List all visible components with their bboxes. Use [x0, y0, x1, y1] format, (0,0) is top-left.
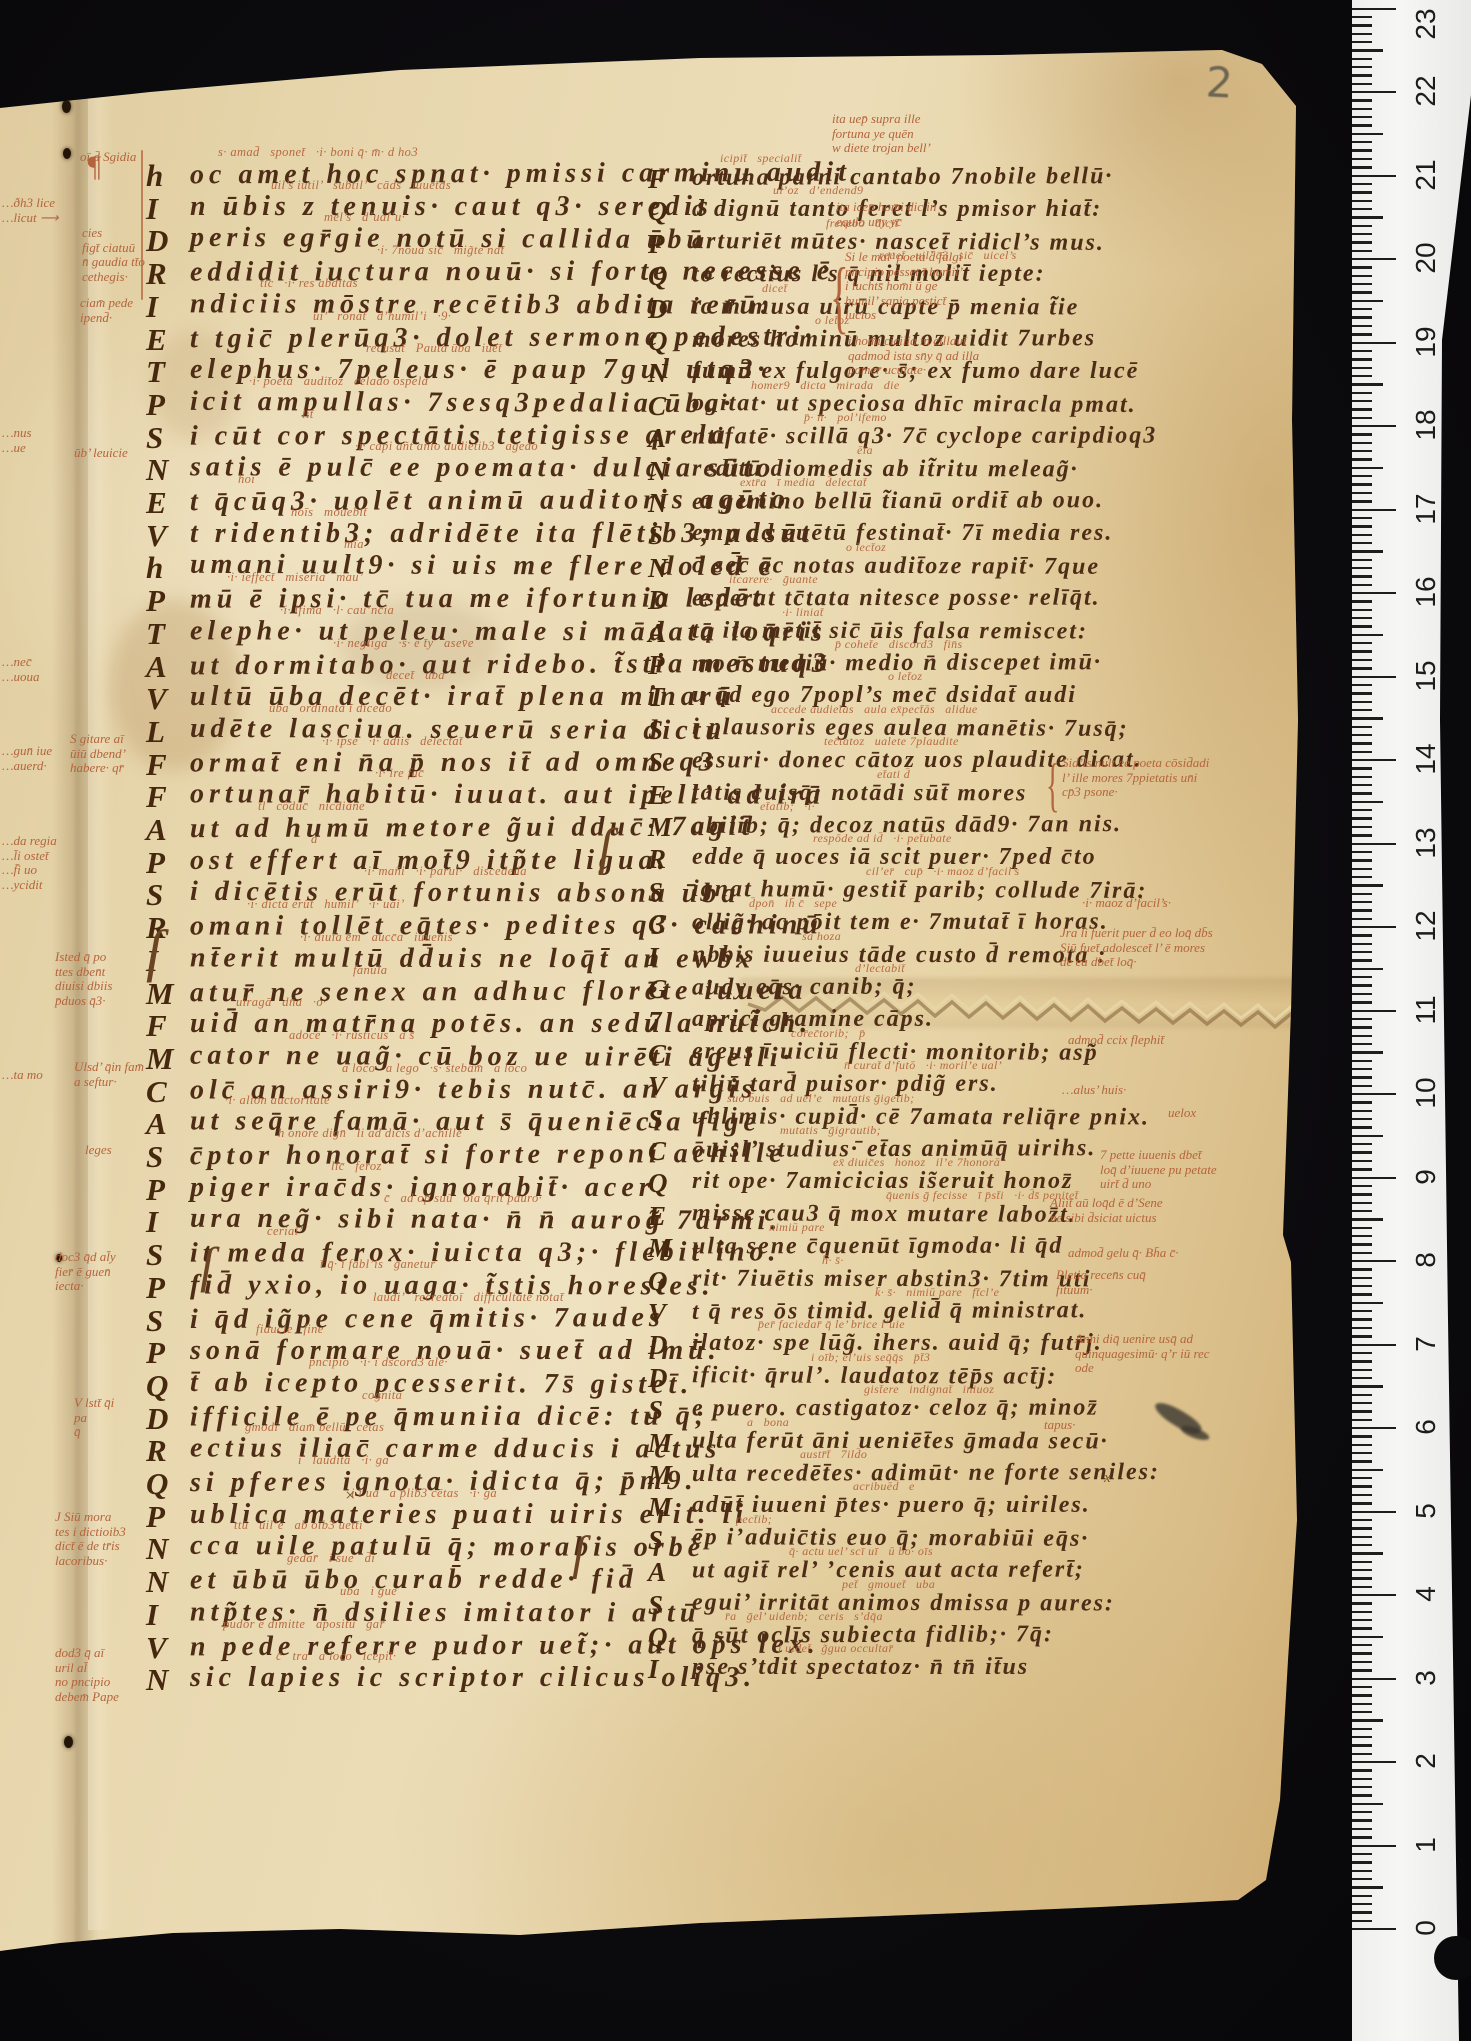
verse-initial: A — [146, 649, 167, 685]
verse-initial: N — [146, 1531, 168, 1567]
verse-initial: Q — [648, 1622, 668, 1653]
ruler-tick — [1352, 525, 1372, 527]
interlinear-gloss: c̄ tra a loco icepit̄· — [276, 1649, 396, 1664]
ruler-tick — [1352, 1694, 1372, 1696]
ruler-tick — [1352, 1519, 1372, 1521]
ruler-tick — [1352, 1460, 1372, 1462]
margin-note: ode — [1075, 1361, 1094, 1376]
ruler-tick — [1352, 625, 1372, 627]
ruler-number: 5 — [1410, 1503, 1442, 1519]
ruler-tick — [1352, 1160, 1372, 1162]
ruler-tick — [1352, 149, 1372, 151]
margin-note: ūiū dbend’ — [70, 747, 126, 762]
page-number-pencil: 2 — [1205, 57, 1234, 107]
ruler-tick — [1352, 592, 1396, 594]
ruler-tick — [1352, 1126, 1372, 1128]
ruler-tick — [1352, 1552, 1383, 1554]
ruler-tick — [1352, 1636, 1383, 1638]
verse-initial: T — [146, 616, 165, 652]
verse-line: cca uile patulū q̄; morabis orbē — [190, 1530, 705, 1564]
margin-note: tes i dictioib3 — [55, 1525, 126, 1540]
interlinear-gloss: homer9 dicta mirada die — [751, 378, 900, 393]
interlinear-gloss: lit̄ — [302, 407, 314, 422]
ruler-tick — [1352, 216, 1383, 218]
ruler-tick — [1352, 483, 1372, 485]
ruler-tick — [1352, 1377, 1372, 1379]
verse-initial: A — [648, 1557, 666, 1588]
ruler-tick — [1352, 1318, 1372, 1320]
ruler-tick — [1352, 1561, 1372, 1563]
verse-line: ollig̃· ac pōit tem e· 7mutat̄ ī horas. — [692, 909, 1109, 937]
verse-initial: Q — [648, 261, 668, 292]
verse-initial: S — [648, 1525, 663, 1556]
verse-line: et gemino bellū t̃ianū ordit̄ ab ouo. — [692, 487, 1104, 516]
ruler-tick — [1352, 1068, 1372, 1070]
x-mark: x — [1104, 1470, 1111, 1487]
ruler-tick — [1352, 1043, 1372, 1045]
verse-initial: I — [648, 942, 659, 973]
margin-note: uelox — [1168, 1106, 1196, 1121]
paraph-mark: ſ — [598, 822, 612, 874]
ruler-tick — [1352, 442, 1372, 444]
interlinear-gloss: s· amad̄ sponet̄ ·i· boni q̄· m̄· d ho3 — [218, 145, 418, 160]
ruler-tick — [1352, 1569, 1372, 1571]
ruler-tick — [1352, 1410, 1372, 1412]
ruler-tick — [1352, 1310, 1372, 1312]
ruler-tick — [1352, 308, 1372, 310]
margin-note: habere· qr̄ — [70, 761, 124, 776]
verse-initial: T — [648, 682, 665, 713]
interlinear-gloss: d̄pon̄ ih̄ c̄ sepe — [749, 896, 837, 911]
ruler-tick — [1352, 1010, 1396, 1012]
ruler-tick — [1352, 1686, 1372, 1688]
verse-initial: C — [146, 1074, 167, 1110]
verse-initial: E — [648, 780, 666, 811]
interlinear-gloss: lic̄ feroz — [331, 1159, 382, 1174]
ruler-tick — [1352, 367, 1372, 369]
verse-initial: Q — [648, 196, 668, 227]
margin-note: p̄duos q̄3· — [55, 994, 106, 1009]
ruler-tick — [1352, 1135, 1383, 1137]
ruler-tick — [1352, 868, 1372, 870]
verse-line: ogitat· ut speciosa dhīc miracla pmat. — [692, 390, 1137, 419]
margin-note: ipend̄· — [80, 311, 112, 326]
verse-initial: S — [146, 1303, 163, 1339]
interlinear-gloss: i oīb; el’uis seq̄q̄s p̄t̄3 — [811, 1350, 930, 1365]
verse-initial: h — [146, 158, 163, 194]
verse-initial: R — [146, 256, 167, 292]
interlinear-gloss: uba ordinata ī dicedo — [269, 701, 392, 716]
interlinear-gloss: t̄ q̄· ī fabl’is ganetur — [320, 1257, 436, 1272]
ruler-tick — [1352, 1644, 1372, 1646]
interlinear-gloss: it̃carere· ḡuante — [729, 572, 818, 587]
ruler-hanging-hole — [1434, 1936, 1471, 1980]
verse-initial: h — [146, 550, 163, 586]
verse-initial: F — [648, 164, 666, 195]
interlinear-gloss: cil’er̄ cup̄ ·i· maoz d’facil’s — [866, 864, 1020, 879]
ruler-tick — [1352, 33, 1372, 35]
ruler-tick — [1352, 1118, 1372, 1120]
verse-line: sic lapies ic scriptor cilicus oliq3. — [190, 1662, 756, 1694]
verse-initial: 7 — [648, 1006, 662, 1037]
ruler-tick — [1352, 433, 1372, 435]
interlinear-gloss: a — [311, 832, 318, 847]
verse-initial: N — [648, 358, 668, 389]
interlinear-gloss: d’lectabit̄ — [855, 961, 905, 976]
ruler-tick — [1352, 233, 1372, 235]
margin-note: dod3 q̄ aī — [55, 1646, 104, 1661]
interlinear-gloss: ·i· diuia ēm aucc̄a iuuenis — [300, 930, 453, 945]
ruler-tick — [1352, 133, 1383, 135]
ruler-tick — [1352, 1594, 1396, 1596]
interlinear-gloss: tīc ·i· res abditas — [260, 276, 358, 291]
ruler-tick — [1352, 1728, 1372, 1730]
ruler-tick — [1352, 993, 1372, 995]
ruler-tick — [1352, 492, 1372, 494]
verse-line: ndiciis mōstre recētib3 abdita rerū: — [190, 288, 775, 321]
ruler-tick — [1352, 58, 1372, 60]
ruler-tick — [1352, 759, 1396, 761]
ruler-tick — [1352, 726, 1372, 728]
interlinear-gloss: r̄a ḡel’ uidenb; ceris s’dq̄a — [725, 1609, 883, 1624]
interlinear-gloss: n̄ curat̄ d’futō ·i· moril’e ual’ — [844, 1058, 1002, 1073]
verse-initial: S — [648, 1590, 663, 1621]
ruler-tick — [1352, 1652, 1372, 1654]
ruler-tick — [1352, 1435, 1372, 1437]
verse-initial: P — [146, 1499, 165, 1535]
ruler-tick — [1352, 1828, 1372, 1830]
verse-initial: E — [648, 1201, 666, 1232]
ruler-tick — [1352, 1886, 1383, 1888]
verse-initial: L — [146, 714, 165, 750]
margin-note: Ulsd’ q̄in fam̄ — [74, 1060, 144, 1075]
ruler-tick — [1352, 1085, 1372, 1087]
ruler-tick — [1352, 1369, 1372, 1371]
ruler-number: 2 — [1410, 1753, 1442, 1769]
margin-note: cp̄3 psone· — [1062, 785, 1118, 800]
ruler-tick — [1352, 567, 1372, 569]
ruler-tick — [1352, 650, 1372, 652]
ruler-tick — [1352, 667, 1372, 669]
verse-line: satis ē pulc̄ ee poemata· dulcia sūto — [190, 452, 775, 485]
ruler-tick — [1352, 74, 1372, 76]
margin-note: cethegis· — [82, 270, 128, 285]
ruler-tick — [1352, 475, 1372, 477]
ruler-tick — [1352, 241, 1372, 243]
ruler-tick — [1352, 408, 1372, 410]
ruler-tick — [1352, 1803, 1383, 1805]
ruler-tick — [1352, 166, 1372, 168]
interlinear-gloss: mel’s d’ual’u· — [324, 210, 405, 225]
verse-initial: R — [648, 844, 666, 875]
margin-note: 7 pette iuuenis dbet̄ — [1100, 1148, 1201, 1163]
margin-note: admod̄ gelu q̄· Bh̄a c̄· — [1068, 1246, 1178, 1261]
interlinear-gloss: ·i· capi añt añio audietib3 agedo — [355, 439, 538, 454]
verse-line: t̄ ab icepto pcesserit. 7s̄ gistet̄. — [190, 1367, 693, 1401]
ruler-tick — [1352, 425, 1396, 427]
verse-initial: P — [146, 1270, 165, 1306]
ruler-tick — [1352, 692, 1372, 694]
ruler-number: 3 — [1410, 1670, 1442, 1686]
margin-note: i iuchts̄ hom̄i ū ge — [845, 279, 937, 294]
verse-initial: I — [146, 289, 158, 325]
ruler-tick — [1352, 24, 1372, 26]
interlinear-gloss: ·i· mañi ·i· parui· discededa — [364, 864, 527, 879]
margin-note: admod̄ ccix flephit̄ — [1068, 1033, 1164, 1048]
verse-initial: P — [648, 229, 665, 260]
ruler-tick — [1352, 116, 1372, 118]
interlinear-gloss: gist̄ere indignat̄ iniuoz — [864, 1382, 994, 1397]
ruler-tick — [1352, 717, 1383, 719]
ruler-tick — [1352, 49, 1383, 51]
ruler-tick — [1352, 534, 1372, 536]
ruler-tick — [1352, 1185, 1372, 1187]
ruler-tick — [1352, 1385, 1383, 1387]
interlinear-gloss: o let̄oz — [888, 669, 922, 684]
interlinear-gloss: o lect̄oz — [846, 540, 886, 555]
interlinear-gloss: respōde ad id̄ ·i· pet̄ubate — [813, 831, 952, 846]
verse-initial: C — [648, 391, 666, 422]
verse-initial: P — [146, 1172, 165, 1208]
margin-note: ita uep̄ supra ille — [832, 112, 920, 127]
margin-note: …uoua — [2, 670, 40, 685]
margin-note: figt̄ ciatuū — [82, 241, 135, 256]
interlinear-gloss: et̄atib; ·i· — [760, 799, 815, 814]
verse-line: ormat̄ eni n̄a p̄ nos it̄ ad omneq3 — [190, 746, 718, 779]
ruler-tick — [1352, 258, 1396, 260]
ruler-tick — [1352, 1168, 1372, 1170]
interlinear-gloss: p̄ cohet̄e discord3 fin̄s — [835, 637, 963, 652]
margin-note: ttes dben̄t — [55, 965, 105, 980]
ruler-tick — [1352, 91, 1396, 93]
interlinear-gloss: k̄· s̄· nimiū pare ft̄cl’e — [875, 1285, 999, 1300]
interlinear-gloss: t̄l cōduc̄ nicdiane — [258, 799, 365, 814]
verse-initial: M — [648, 1492, 672, 1523]
verse-initial: N — [648, 488, 668, 519]
ruler-tick — [1352, 1243, 1372, 1245]
interlinear-gloss: hoī — [238, 472, 255, 487]
verse-initial: S — [648, 1104, 663, 1135]
verse-line: ut seq̄re famā· aut s̄ q̄ueniēcia fige — [190, 1106, 761, 1139]
interlinear-gloss: mutatis ḡigrautib; — [780, 1123, 881, 1138]
verse-line: ortuna parni cantabo 7nobile bellū· — [692, 163, 1114, 192]
interlinear-gloss: ·i· ire fac̄ — [375, 766, 424, 781]
verse-initial: M — [648, 1428, 672, 1459]
verse-line: ntifatē· scillā q3· 7c̄ cyclope caripdio… — [692, 423, 1157, 451]
interlinear-gloss: ·i· liniat̄ — [782, 605, 824, 620]
margin-note: fortuna ye quēn — [832, 127, 914, 142]
ruler-tick — [1352, 1778, 1372, 1780]
verse-initial: D — [146, 223, 168, 259]
verse-initial: S — [146, 420, 163, 456]
ruler-tick — [1352, 676, 1396, 678]
ruler-tick — [1352, 792, 1372, 794]
ruler-tick — [1352, 826, 1372, 828]
verse-initial: P — [146, 845, 165, 881]
interlinear-gloss: ·i· lfima ·l· cau’ncia — [280, 603, 394, 618]
margin-note: …auerd· — [2, 759, 47, 774]
ruler-number: 22 — [1410, 75, 1442, 106]
interlinear-gloss: i ī ua a p̄lib3 cētas ·i· ga — [351, 1486, 497, 1501]
margin-note: diuisi dbiis — [55, 979, 112, 994]
margin-note: cies — [82, 226, 102, 241]
verse-initial: I — [146, 1204, 158, 1240]
ruler-tick — [1352, 1903, 1372, 1905]
interlinear-gloss: c̄ ad op̄ suū oīa q̄rit̄ pauro· — [384, 1191, 542, 1206]
interlinear-gloss: gmodi diam̄ bellū cetas — [245, 1420, 384, 1435]
interlinear-gloss: tec̄tatoz ualete 7plaudite — [824, 734, 959, 749]
ruler-tick — [1352, 1494, 1372, 1496]
ruler-tick — [1352, 191, 1372, 193]
margin-note: …alus’ huis· — [1062, 1083, 1126, 1098]
ruler-tick — [1352, 1093, 1396, 1095]
margin-note: …ue — [2, 441, 26, 456]
margin-note: iecta· — [55, 1279, 84, 1294]
ruler-tick — [1352, 918, 1372, 920]
ruler-tick — [1352, 1836, 1372, 1838]
verse-line: misse cau3 q̄ mox mutare laboz̄t. — [692, 1200, 1077, 1229]
ruler-tick — [1352, 609, 1372, 611]
interlinear-gloss: ul’oz d’endend9 — [773, 183, 863, 198]
verse-initial: A — [146, 812, 167, 848]
measurement-ruler: 01234567891011121314151617181920212223 — [1352, 0, 1471, 2041]
ruler-tick — [1352, 634, 1383, 636]
ruler-tick — [1352, 1143, 1372, 1145]
interlinear-gloss: pncipio ·i· ī dscord3 ale· — [309, 1355, 448, 1370]
ruler-tick — [1352, 1577, 1372, 1579]
margin-note: pa — [74, 1411, 87, 1426]
ruler-number: 4 — [1410, 1586, 1442, 1602]
verse-initial: G — [648, 974, 668, 1005]
ruler-tick — [1352, 183, 1372, 185]
ruler-number: 0 — [1410, 1920, 1442, 1936]
verse-initial: E — [146, 485, 167, 521]
margin-note: ·i· maoz d’facil’s· — [1082, 896, 1171, 911]
margin-note: uril al̄ — [55, 1661, 87, 1676]
verse-initial: Q — [146, 1368, 168, 1404]
verse-initial: P — [146, 1335, 165, 1371]
ruler-number: 11 — [1410, 995, 1442, 1024]
ruler-number: 8 — [1410, 1252, 1442, 1268]
ruler-tick — [1352, 1870, 1372, 1872]
margin-note: humil’ sapia pestict̄ — [845, 294, 946, 309]
margin-note: …ycidit — [2, 878, 42, 893]
margin-note: dict̄ ē de tr̄is — [55, 1539, 120, 1554]
ruler-tick — [1352, 99, 1372, 101]
ruler-tick — [1352, 884, 1383, 886]
ruler-tick — [1352, 1177, 1396, 1179]
margin-note: debem̄ Pape — [55, 1690, 119, 1705]
interlinear-gloss: fanula — [353, 963, 387, 978]
ruler-tick — [1352, 600, 1372, 602]
ruler-number: 17 — [1410, 493, 1442, 524]
margin-note: lacoribus· — [55, 1554, 107, 1569]
verse-initial: M — [648, 1233, 672, 1264]
interlinear-gloss: p̄er̄ faciedar̄ q̄ le’ brice l’uie — [758, 1317, 905, 1332]
margin-note: …nus — [2, 426, 32, 441]
ruler-tick — [1352, 1811, 1372, 1813]
verse-initial: C — [648, 909, 666, 940]
ruler-tick — [1352, 509, 1396, 511]
margin-note: Sid’ls nult ee poeta cōsid̄adi — [1062, 756, 1209, 771]
ruler-tick — [1352, 291, 1372, 293]
verse-initial: I — [146, 1597, 158, 1633]
ruler-tick — [1352, 901, 1372, 903]
ruler-tick — [1352, 316, 1372, 318]
verse-initial: V — [648, 1298, 666, 1329]
margin-note: no pncipio — [55, 1675, 110, 1690]
ruler-tick — [1352, 1711, 1372, 1713]
verse-initial: F — [146, 1008, 167, 1044]
verse-initial: S — [648, 1395, 663, 1426]
ruler-tick — [1352, 976, 1372, 978]
interlinear-gloss: ēia — [857, 443, 873, 458]
ruler-tick — [1352, 1661, 1372, 1663]
interlinear-gloss: gedar̄ i sue d̄i — [287, 1551, 375, 1566]
ruler-tick — [1352, 1360, 1372, 1362]
ruler-number: 14 — [1410, 743, 1442, 774]
ruler-tick — [1352, 809, 1372, 811]
interlinear-gloss: decet̄ uba — [386, 668, 445, 683]
verse-initial: D — [648, 294, 668, 325]
interlinear-gloss: a loco a lego ·s· stebam̄ a loco — [342, 1061, 527, 1076]
ruler-tick — [1352, 1210, 1372, 1212]
ruler-tick — [1352, 1544, 1372, 1546]
verse-initial: T — [146, 354, 165, 390]
verse-initial: I — [146, 191, 158, 227]
interlinear-gloss: uiragā dn̄a ·o· — [236, 995, 327, 1010]
ruler-tick — [1352, 1761, 1396, 1763]
interlinear-gloss: hoīs mouebit̄ — [291, 505, 367, 520]
margin-note: leges — [85, 1143, 112, 1158]
verse-initial: P — [648, 650, 665, 681]
interlinear-gloss: a bona — [747, 1415, 789, 1430]
interlinear-gloss: i laudita ·i· ga — [298, 1453, 389, 1468]
verse-initial: V — [146, 1630, 167, 1666]
ruler-tick — [1352, 41, 1372, 43]
margin-note: pamer̄ uculate· — [848, 363, 926, 378]
verse-initial: M — [146, 1041, 174, 1077]
ruler-tick — [1352, 1928, 1396, 1930]
margin-note: l’ ille mores 7ppietatis un̄i — [1062, 771, 1197, 786]
paraph-mark: ſ — [200, 1240, 214, 1290]
ruler-tick — [1352, 1477, 1372, 1479]
ruler-tick — [1352, 1419, 1372, 1421]
verse-initial: Q — [648, 1168, 668, 1199]
photograph-stage: hoc amet hoc spnat· pmissi carminu audit… — [0, 0, 1471, 2041]
verse-initial: V — [146, 681, 167, 717]
ruler-tick — [1352, 417, 1372, 419]
ruler-tick — [1352, 968, 1383, 970]
ruler-tick — [1352, 1861, 1372, 1863]
ruler-tick — [1352, 951, 1372, 953]
margin-note: qadmod̄ ista sn̄y q̄ ad illa — [848, 349, 979, 364]
interlinear-gloss: suo b̄uis ad uel’e mutatis ḡigetib; — [727, 1091, 915, 1106]
ruler-tick — [1352, 1260, 1396, 1262]
interlinear-gloss: h̄· s̄· — [822, 1253, 844, 1268]
x-mark: × — [344, 1485, 356, 1506]
ruler-tick — [1352, 659, 1372, 661]
ruler-tick — [1352, 1619, 1372, 1621]
verse-initial: V — [146, 518, 167, 554]
red-bracket-line — [141, 150, 143, 300]
ruler-tick — [1352, 1151, 1372, 1153]
verse-initial: R — [146, 1433, 167, 1469]
verse-line: et ūbū ūbo curab̄ redde· fid̄ — [190, 1564, 638, 1597]
ruler-tick — [1352, 16, 1372, 18]
ruler-tick — [1352, 959, 1372, 961]
ruler-tick — [1352, 642, 1372, 644]
